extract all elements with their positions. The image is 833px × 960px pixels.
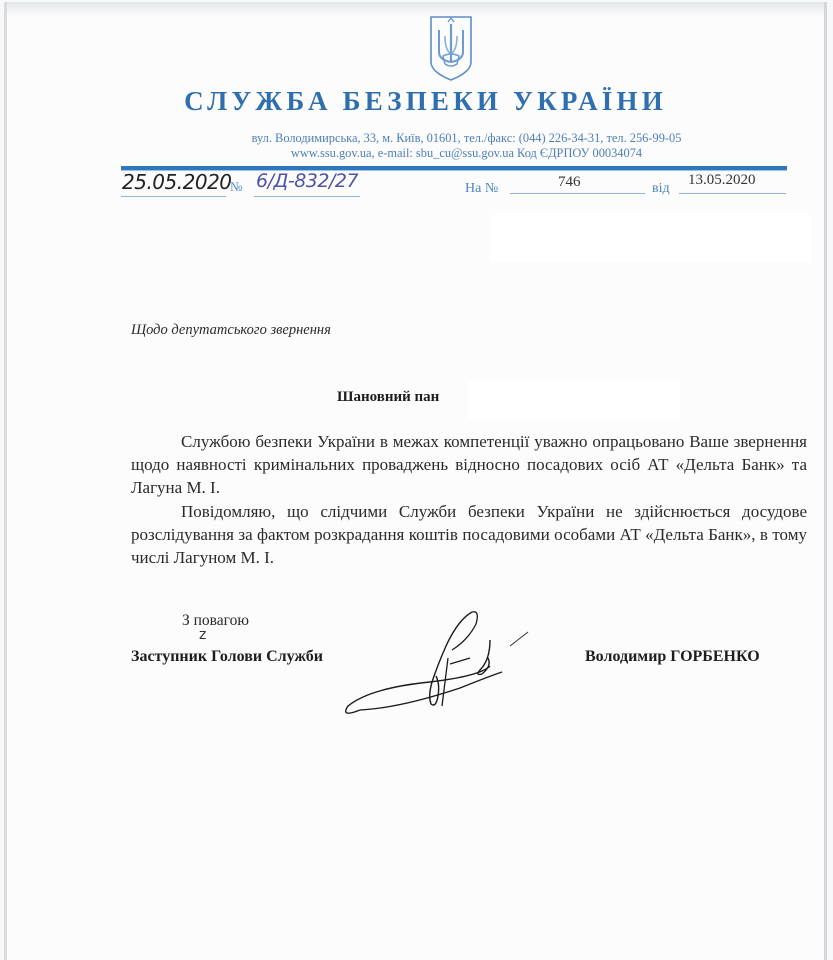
page-shadow bbox=[7, 2, 824, 16]
outgoing-date-underline bbox=[121, 196, 226, 197]
redacted-name bbox=[468, 380, 680, 420]
signer-name: Володимир ГОРБЕНКО bbox=[585, 648, 760, 666]
body-paragraph: Службою безпеки України в межах компетен… bbox=[131, 430, 807, 500]
closing: З повагою bbox=[182, 612, 249, 630]
body-paragraph: Повідомляю, що слідчими Служби безпеки У… bbox=[131, 500, 807, 570]
outgoing-number: 6/Д-832/27 bbox=[256, 170, 358, 192]
reference-number-underline bbox=[510, 193, 645, 194]
reference-date-underline bbox=[679, 193, 786, 194]
address-line-1: вул. Володимирська, 33, м. Київ, 01601, … bbox=[100, 131, 833, 146]
handwritten-mark: z bbox=[199, 627, 206, 643]
organization-title: СЛУЖБА БЕЗПЕКИ УКРАЇНИ bbox=[0, 86, 833, 117]
address-line-2: www.ssu.gov.ua, e-mail: sbu_cu@ssu.gov.u… bbox=[100, 146, 833, 161]
reference-label: На № bbox=[465, 181, 498, 197]
reference-date: 13.05.2020 bbox=[688, 172, 756, 189]
trident-coat-of-arms-icon bbox=[428, 14, 474, 82]
reference-number: 746 bbox=[558, 174, 581, 191]
letter-body: Службою безпеки України в межах компетен… bbox=[131, 430, 807, 569]
from-label: від bbox=[652, 181, 670, 197]
letter-subject: Щодо депутатського звернення bbox=[131, 322, 331, 339]
letterhead-address: вул. Володимирська, 33, м. Київ, 01601, … bbox=[0, 131, 833, 161]
redacted-addressee bbox=[490, 215, 810, 262]
salutation: Шановний пан bbox=[337, 389, 439, 406]
outgoing-number-underline bbox=[254, 196, 360, 197]
signature-icon bbox=[340, 610, 590, 720]
signer-title: Заступник Голови Служби bbox=[131, 648, 323, 666]
number-label: № bbox=[230, 179, 242, 195]
outgoing-date: 25.05.2020 bbox=[122, 170, 232, 194]
